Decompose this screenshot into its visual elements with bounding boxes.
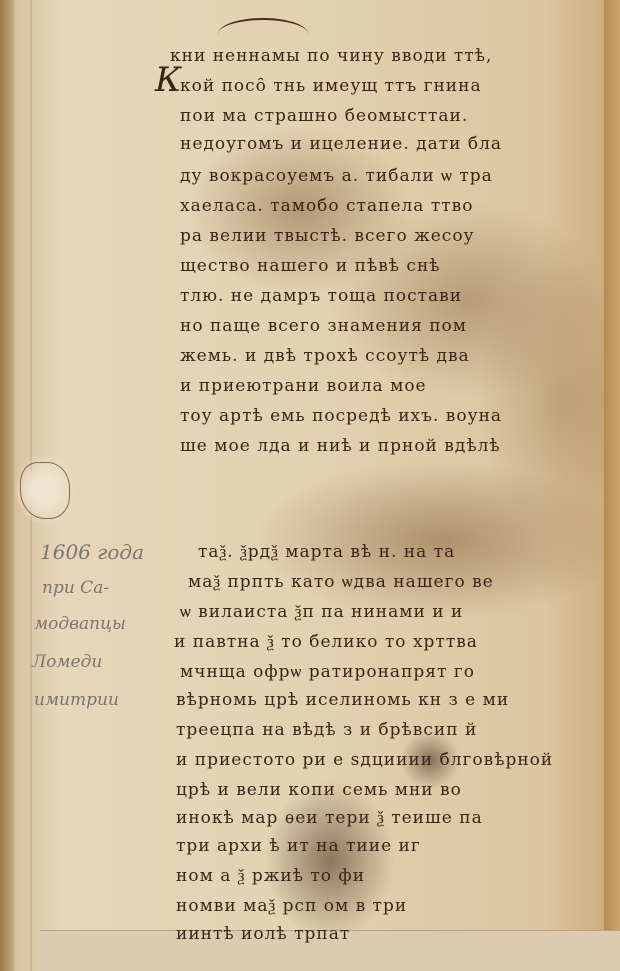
margin-note-line: модвапцы [34, 614, 126, 634]
text-line: црѣ и вели копи семь мни во [176, 780, 462, 800]
text-line: тлю. не дамръ тоща постави [180, 286, 462, 306]
text-line: кой посо̑ тнь имеущ ттъ гнина [180, 76, 482, 96]
text-line: и павтна ѯ то белико то хрттва [174, 632, 478, 652]
page-left-edge [0, 0, 14, 971]
text-line: ра велии твыстѣ. всего жесоу [180, 226, 475, 246]
page-right-edge [604, 0, 620, 971]
text-line: маѯ прпть като ѡдва нашего ве [188, 572, 494, 592]
text-line: номви маѯ рсп ом в три [176, 896, 407, 916]
text-line: три архи ѣ ит на тиие иг [176, 836, 421, 856]
margin-note-line: имитрии [34, 690, 119, 710]
text-line: недоугомъ и ицеление. дати бла [180, 134, 502, 154]
text-line: кни неннамы по чину вводи ттѣ, [170, 46, 492, 66]
text-line: и приестото ри е ѕдцииии блговѣрной [176, 750, 553, 770]
text-line: хаеласа. тамобо стапела ттво [180, 196, 473, 216]
text-line: вѣрномь црѣ иселиномь кн з е ми [176, 690, 509, 710]
text-line: ѡ вилаиста ѯп па нинами и и [180, 602, 463, 622]
text-line: но паще всего знамения пом [180, 316, 467, 336]
text-line: иинтѣ иолѣ трпат [176, 924, 350, 944]
text-line: треецпа на вѣдѣ з и брѣвсип й [176, 720, 477, 740]
text-line: пои ма страшно беомысттаи. [180, 106, 468, 126]
text-line: и приеютрани воила мое [180, 376, 427, 396]
text-line: мчнща офрѡ ратиронапрят го [180, 662, 475, 682]
text-line: жемь. и двѣ трохѣ ссоутѣ два [180, 346, 470, 366]
text-line: ше мое лда и ниѣ и прной вдѣлѣ [180, 436, 501, 456]
text-line: инокѣ мар ѳеи тери ѯ теише па [176, 808, 483, 828]
margin-note-line: 1606 года [40, 540, 144, 564]
text-line: тоу артѣ емь посредѣ ихъ. воуна [180, 406, 502, 426]
text-line: таѯ. ѯрдѯ марта вѣ н. на та [198, 542, 455, 562]
text-line: ду вокрасоуемъ а. тибали ѡ тра [180, 166, 493, 186]
text-line: ном а ѯ ржиѣ то фи [176, 866, 365, 886]
margin-note-line: при Са- [42, 578, 109, 598]
margin-note-line: Ломеди [32, 652, 102, 672]
initial-letter-k: К [155, 60, 181, 100]
paper-damage-outline [20, 462, 70, 519]
text-line: щество нашего и пѣвѣ снѣ [180, 256, 441, 276]
